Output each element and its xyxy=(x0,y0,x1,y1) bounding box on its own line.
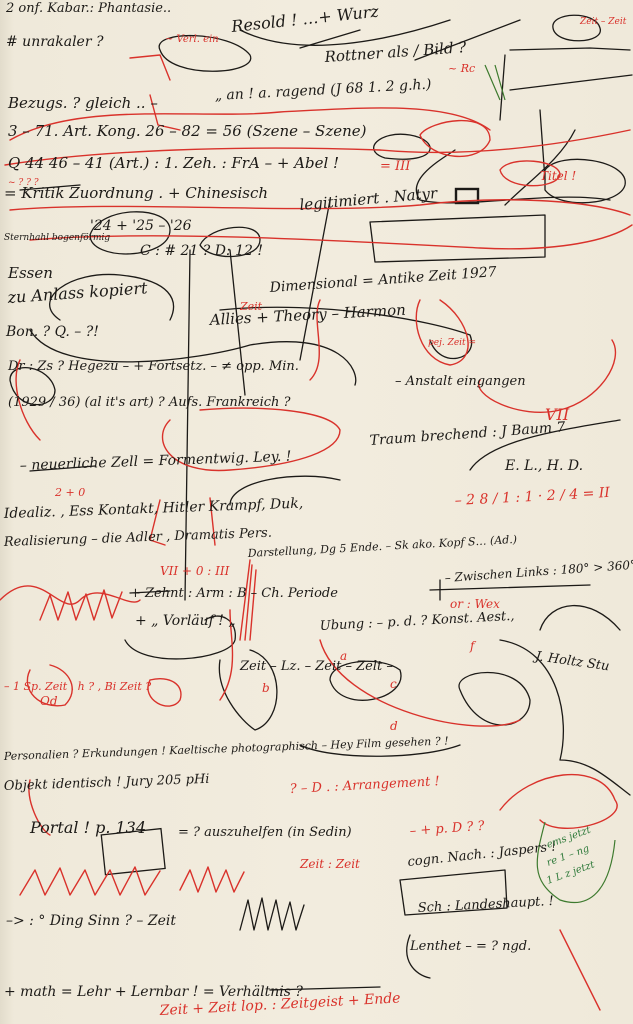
annotation: a xyxy=(340,649,347,663)
annotation: c xyxy=(390,677,397,691)
annotation: – + p. D ? ? xyxy=(409,819,486,839)
note-line: = Kritik Zuordnung . + Chinesisch xyxy=(4,184,268,202)
note-line: J. Holtz Stu xyxy=(531,649,610,675)
note-line: Objekt identisch ! Jury 205 pHi xyxy=(4,772,210,794)
note-line: cogn. Nach. : Jaspers ! xyxy=(407,839,557,870)
note-line: Idealiz. , Ess Kontakt, Hitler Krampf, D… xyxy=(3,496,304,522)
annotation: d xyxy=(390,719,398,733)
annotation: Zeit – Zeit xyxy=(579,17,627,27)
manuscript-page: 2 onf. Kabar.: Phantasie.. # unrakaler ?… xyxy=(0,0,633,1024)
note-line: legitimiert . Natyr xyxy=(299,184,439,214)
note-line: Zeit – Lz. – Zeit – Zelt – xyxy=(239,659,393,674)
note-line: – Zwischen Links : 180° > 360° ! xyxy=(444,557,633,585)
annotation: Zeit xyxy=(239,300,263,313)
annotation: – 2 8 / 1 : 1 · 2 / 4 = II xyxy=(454,485,610,509)
note-line: '24 + '25 – '26 xyxy=(90,218,192,234)
annotation: b xyxy=(262,681,270,695)
note-line: Ubung : – p. d. ? Konst. Aest., xyxy=(319,609,514,634)
annotation: Titel ! xyxy=(540,169,576,183)
annotation: ~ Rc xyxy=(448,62,475,75)
annotation: ? – D . : Arrangement ! xyxy=(289,774,440,797)
note-line: Sternhahl bogenförmig xyxy=(4,233,110,243)
annotation: = III xyxy=(380,159,411,174)
note-line: Darstellung, Dg 5 Ende. – Sk ako. Kopf S… xyxy=(246,533,517,560)
annotation: ~ ? ? ? xyxy=(8,178,39,188)
annotation: 2 + 0 xyxy=(54,486,85,499)
note-line: Essen xyxy=(7,264,53,282)
note-line: E. L., H. D. xyxy=(504,458,583,474)
note-line: + „ Vorläuf ! „ xyxy=(135,613,236,629)
note-line: Realisierung – die Adler , Dramatis Pers… xyxy=(3,526,272,550)
note-line: Sch : Landeshaupt. ! xyxy=(417,894,554,916)
note-line: – Anstalt eingangen xyxy=(395,374,526,389)
note-line: 2 onf. Kabar.: Phantasie.. xyxy=(5,1,171,16)
note-line: C : # 21 ? D: 12 ! xyxy=(140,243,263,259)
note-line: –> : ° Ding Sinn ? – Zeit xyxy=(6,913,176,929)
note-line: Portal ! p. 134 xyxy=(29,818,146,837)
note-line: Traum brechend : J Baum 7 xyxy=(369,419,566,449)
note-line: (1929 / 36) (al it's art) ? Aufs. Frankr… xyxy=(8,395,292,410)
annotation: VII xyxy=(545,405,570,424)
note-line: „ an ! a. ragend (J 68 1. 2 g.h.) xyxy=(214,77,431,104)
note-line: zu Anlass kopiert xyxy=(6,278,149,307)
note-line: Bon. ? Q. – ?! xyxy=(5,324,99,340)
note-line: Rottner als / Bild ? xyxy=(323,38,468,66)
note-line: Dimensional = Antike Zeit 1927 xyxy=(268,264,497,296)
note-line: Personalien ? Erkundungen ! Kaeltische p… xyxy=(3,734,449,763)
note-line: Dr : Zs ? Hegezu – + Fortsetz. – ≠ opp. … xyxy=(7,359,299,374)
note-line: + Zehnt : Arm : B – Ch. Periode xyxy=(130,586,338,601)
annotation: ~ Verl. ein xyxy=(165,34,219,45)
annotation: Od xyxy=(40,694,58,708)
note-line: # unrakaler ? xyxy=(6,34,104,50)
annotation: – 1 Sp. Zeit . h ? , Bi Zeit ? xyxy=(4,680,151,693)
note-line: Q 44 46 – 41 (Art.) : 1. Zeh. : FrA – + … xyxy=(8,154,339,172)
note-line: – neuerliche Zell = Formentwig. Ley. ! xyxy=(20,449,292,474)
annotation: or : Wex xyxy=(450,597,500,611)
note-line: 3 – 71. Art. Kong. 26 – 82 = 56 (Szene –… xyxy=(8,122,367,140)
handwriting-canvas: 2 onf. Kabar.: Phantasie.. # unrakaler ?… xyxy=(0,0,633,1024)
annotation: f xyxy=(469,639,477,653)
note-line: = ? auszuhelfen (in Sedin) xyxy=(178,825,352,840)
note-line: Lenthet – = ? ngd. xyxy=(409,939,531,954)
note-line: Bezugs. ? gleich .. – xyxy=(7,94,158,112)
green-handwriting: ems jetzt re 1 – ng 1 L z jetzt xyxy=(545,824,597,886)
annotation: pej. Zeit = xyxy=(428,338,476,348)
annotation: VII + 0 : III xyxy=(160,564,230,578)
annotation: Zeit : Zeit xyxy=(299,857,360,871)
